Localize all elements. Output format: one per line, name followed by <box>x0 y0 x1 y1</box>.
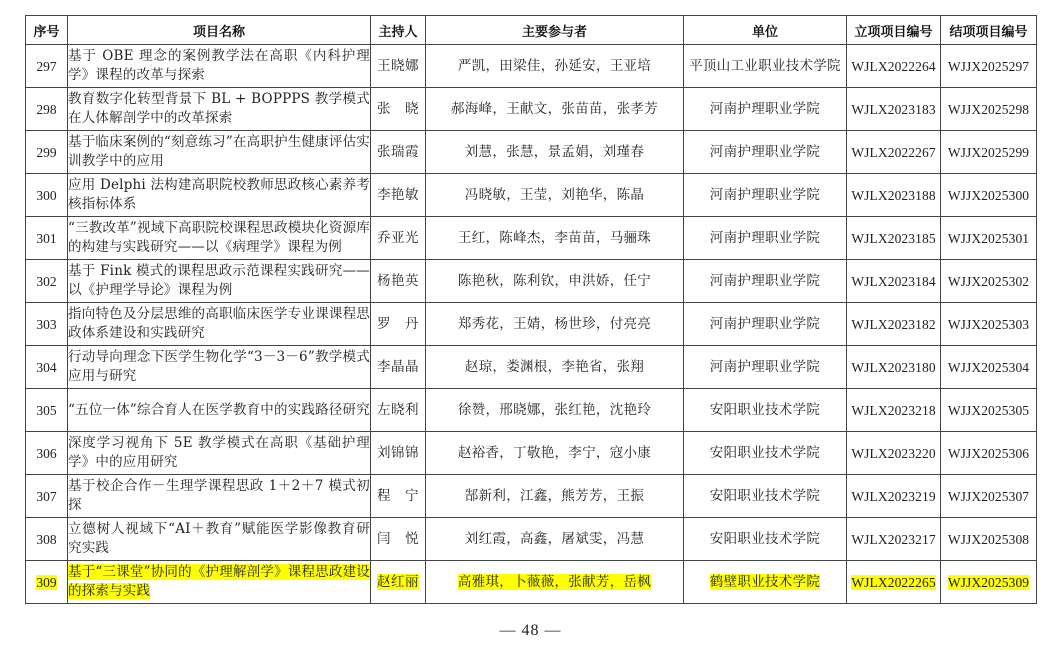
host-name: 闫 悦 <box>377 531 419 547</box>
cell-no: 304 <box>26 346 68 389</box>
cell-approval-code: WJLX2023182 <box>847 303 941 346</box>
member-names: 赵琼，娄渊根，李艳省，张翔 <box>465 359 644 375</box>
document-page: 序号 项目名称 主持人 主要参与者 单位 立项项目编号 结项项目编号 297 基… <box>0 0 1061 656</box>
page-number: — 48 — <box>0 622 1061 640</box>
cell-completion-code: WJJX2025307 <box>941 475 1037 518</box>
cell-approval-code: WJLX2023183 <box>847 88 941 131</box>
cell-host: 赵红丽 <box>371 561 426 604</box>
project-title: “五位一体”综合育人在医学教育中的实践路径研究 <box>68 402 370 418</box>
member-names: 刘红霞，高鑫，屠斌雯，冯慧 <box>465 531 644 547</box>
approval-code: WJLX2022267 <box>851 145 935 160</box>
cell-host: 李晶晶 <box>371 346 426 389</box>
approval-code: WJLX2023180 <box>851 360 935 375</box>
project-title: 指向特色及分层思维的高职临床医学专业课课程思政体系建设和实践研究 <box>68 306 370 341</box>
completion-code: WJJX2025306 <box>948 446 1029 461</box>
row-number: 302 <box>36 274 56 289</box>
table-row: 306 深度学习视角下 5E 教学模式在高职《基础护理学》中的应用研究 刘锦锦 … <box>26 432 1037 475</box>
header-host: 主持人 <box>371 16 426 45</box>
cell-title: 基于“三课堂”协同的《护理解剖学》课程思政建设的探索与实践 <box>68 561 371 604</box>
completion-code: WJJX2025299 <box>948 145 1029 160</box>
row-number: 300 <box>36 188 56 203</box>
cell-unit: 河南护理职业学院 <box>684 217 847 260</box>
cell-unit: 河南护理职业学院 <box>684 303 847 346</box>
cell-completion-code: WJJX2025301 <box>941 217 1037 260</box>
cell-unit: 河南护理职业学院 <box>684 346 847 389</box>
cell-no: 308 <box>26 518 68 561</box>
unit-name: 河南护理职业学院 <box>710 359 820 375</box>
cell-unit: 河南护理职业学院 <box>684 88 847 131</box>
member-names: 刘慧，张慧，景孟娟，刘瑾春 <box>465 144 644 160</box>
cell-completion-code: WJJX2025302 <box>941 260 1037 303</box>
cell-completion-code: WJJX2025303 <box>941 303 1037 346</box>
cell-no: 307 <box>26 475 68 518</box>
cell-unit: 安阳职业技术学院 <box>684 432 847 475</box>
unit-name: 河南护理职业学院 <box>710 273 820 289</box>
host-name: 李晶晶 <box>377 359 419 375</box>
cell-no: 303 <box>26 303 68 346</box>
approval-code: WJLX2023185 <box>851 231 935 246</box>
cell-members: 赵琼，娄渊根，李艳省，张翔 <box>426 346 684 389</box>
cell-host: 刘锦锦 <box>371 432 426 475</box>
cell-completion-code: WJJX2025300 <box>941 174 1037 217</box>
approval-code: WJLX2022264 <box>851 59 935 74</box>
member-names: 陈艳秋，陈利钦，申洪娇，任宁 <box>458 273 651 289</box>
cell-unit: 河南护理职业学院 <box>684 174 847 217</box>
cell-title: “五位一体”综合育人在医学教育中的实践路径研究 <box>68 389 371 432</box>
header-no: 序号 <box>26 16 68 45</box>
member-names: 冯晓敏，王莹，刘艳华，陈晶 <box>465 187 644 203</box>
member-names: 严凯，田梁佳，孙延安，王亚培 <box>458 58 651 74</box>
cell-title: 立德树人视域下“AI＋教育”赋能医学影像教育研究实践 <box>68 518 371 561</box>
host-name: 张 晓 <box>377 101 419 117</box>
cell-approval-code: WJLX2023188 <box>847 174 941 217</box>
cell-completion-code: WJJX2025305 <box>941 389 1037 432</box>
unit-name: 河南护理职业学院 <box>710 230 820 246</box>
table-row: 307 基于校企合作－生理学课程思政 1＋2＋7 模式初探 程 宁 郜新利，江鑫… <box>26 475 1037 518</box>
approval-code: WJLX2023183 <box>851 102 935 117</box>
unit-name: 平顶山工业职业技术学院 <box>689 58 841 74</box>
cell-no: 300 <box>26 174 68 217</box>
completion-code: WJJX2025303 <box>948 317 1029 332</box>
completion-code: WJJX2025309 <box>948 575 1029 590</box>
cell-title: 指向特色及分层思维的高职临床医学专业课课程思政体系建设和实践研究 <box>68 303 371 346</box>
cell-members: 郝海峰，王献文，张苗苗，张孝芳 <box>426 88 684 131</box>
host-name: 程 宁 <box>377 488 419 504</box>
cell-unit: 平顶山工业职业技术学院 <box>684 45 847 88</box>
unit-name: 安阳职业技术学院 <box>710 445 820 461</box>
cell-host: 张瑞霞 <box>371 131 426 174</box>
cell-members: 郑秀花，王婧，杨世珍，付亮亮 <box>426 303 684 346</box>
project-title: 基于临床案例的“刻意练习”在高职护生健康评估实训教学中的应用 <box>68 134 370 169</box>
cell-approval-code: WJLX2023217 <box>847 518 941 561</box>
completion-code: WJJX2025308 <box>948 532 1029 547</box>
unit-name: 鹤壁职业技术学院 <box>710 574 820 590</box>
cell-unit: 河南护理职业学院 <box>684 260 847 303</box>
approval-code: WJLX2022265 <box>851 575 935 590</box>
cell-completion-code: WJJX2025308 <box>941 518 1037 561</box>
table-row: 302 基于 Fink 模式的课程思政示范课程实践研究——以《护理学导论》课程为… <box>26 260 1037 303</box>
cell-approval-code: WJLX2023220 <box>847 432 941 475</box>
host-name: 罗 丹 <box>377 316 419 332</box>
row-number: 297 <box>36 59 56 74</box>
cell-title: 行动导向理念下医学生物化学“3－3－6”教学模式应用与研究 <box>68 346 371 389</box>
cell-approval-code: WJLX2023185 <box>847 217 941 260</box>
header-members: 主要参与者 <box>426 16 684 45</box>
project-title: 立德树人视域下“AI＋教育”赋能医学影像教育研究实践 <box>68 521 370 556</box>
project-title: 行动导向理念下医学生物化学“3－3－6”教学模式应用与研究 <box>68 349 370 384</box>
cell-host: 罗 丹 <box>371 303 426 346</box>
member-names: 徐赞，邢晓娜，张红艳，沈艳玲 <box>458 402 651 418</box>
project-title: 基于 Fink 模式的课程思政示范课程实践研究——以《护理学导论》课程为例 <box>68 263 370 298</box>
cell-completion-code: WJJX2025298 <box>941 88 1037 131</box>
cell-completion-code: WJJX2025299 <box>941 131 1037 174</box>
approval-code: WJLX2023184 <box>851 274 935 289</box>
cell-approval-code: WJLX2022264 <box>847 45 941 88</box>
cell-no: 299 <box>26 131 68 174</box>
completion-code: WJJX2025305 <box>948 403 1029 418</box>
cell-no: 301 <box>26 217 68 260</box>
cell-completion-code: WJJX2025304 <box>941 346 1037 389</box>
member-names: 赵裕香，丁敬艳，李宁，寇小康 <box>458 445 651 461</box>
cell-title: 基于 OBE 理念的案例教学法在高职《内科护理学》课程的改革与探索 <box>68 45 371 88</box>
cell-title: 教育数字化转型背景下 BL + BOPPPS 教学模式在人体解剖学中的改革探索 <box>68 88 371 131</box>
cell-title: 基于 Fink 模式的课程思政示范课程实践研究——以《护理学导论》课程为例 <box>68 260 371 303</box>
cell-approval-code: WJLX2023180 <box>847 346 941 389</box>
row-number: 309 <box>36 575 56 590</box>
approval-code: WJLX2023217 <box>851 532 935 547</box>
cell-completion-code: WJJX2025297 <box>941 45 1037 88</box>
cell-no: 297 <box>26 45 68 88</box>
unit-name: 河南护理职业学院 <box>710 101 820 117</box>
table-row: 303 指向特色及分层思维的高职临床医学专业课课程思政体系建设和实践研究 罗 丹… <box>26 303 1037 346</box>
host-name: 乔亚光 <box>377 230 419 246</box>
header-title: 项目名称 <box>68 16 371 45</box>
completion-code: WJJX2025300 <box>948 188 1029 203</box>
cell-members: 王红，陈峰杰，李苗苗，马骊珠 <box>426 217 684 260</box>
table-row: 309 基于“三课堂”协同的《护理解剖学》课程思政建设的探索与实践 赵红丽 高雅… <box>26 561 1037 604</box>
host-name: 刘锦锦 <box>377 445 419 461</box>
member-names: 王红，陈峰杰，李苗苗，马骊珠 <box>458 230 651 246</box>
project-title: 应用 Delphi 法构建高职院校教师思政核心素养考核指标体系 <box>68 177 370 212</box>
project-title: 基于 OBE 理念的案例教学法在高职《内科护理学》课程的改革与探索 <box>68 48 370 83</box>
cell-members: 严凯，田梁佳，孙延安，王亚培 <box>426 45 684 88</box>
table-row: 298 教育数字化转型背景下 BL + BOPPPS 教学模式在人体解剖学中的改… <box>26 88 1037 131</box>
completion-code: WJJX2025302 <box>948 274 1029 289</box>
table-row: 300 应用 Delphi 法构建高职院校教师思政核心素养考核指标体系 李艳敏 … <box>26 174 1037 217</box>
table-row: 304 行动导向理念下医学生物化学“3－3－6”教学模式应用与研究 李晶晶 赵琼… <box>26 346 1037 389</box>
cell-approval-code: WJLX2023184 <box>847 260 941 303</box>
row-number: 301 <box>36 231 56 246</box>
header-completion-code: 结项项目编号 <box>941 16 1037 45</box>
cell-members: 高雅琪，卜薇薇，张献芳，岳枫 <box>426 561 684 604</box>
completion-code: WJJX2025297 <box>948 59 1029 74</box>
cell-members: 冯晓敏，王莹，刘艳华，陈晶 <box>426 174 684 217</box>
host-name: 赵红丽 <box>377 574 419 590</box>
row-number: 307 <box>36 489 56 504</box>
cell-host: 杨艳英 <box>371 260 426 303</box>
completion-code: WJJX2025304 <box>948 360 1029 375</box>
project-title: 基于“三课堂”协同的《护理解剖学》课程思政建设的探索与实践 <box>68 564 370 599</box>
member-names: 郝海峰，王献文，张苗苗，张孝芳 <box>451 101 658 117</box>
member-names: 郑秀花，王婧，杨世珍，付亮亮 <box>458 316 651 332</box>
cell-no: 305 <box>26 389 68 432</box>
cell-title: “三教改革”视域下高职院校课程思政模块化资源库的构建与实践研究——以《病理学》课… <box>68 217 371 260</box>
cell-unit: 河南护理职业学院 <box>684 131 847 174</box>
cell-title: 基于校企合作－生理学课程思政 1＋2＋7 模式初探 <box>68 475 371 518</box>
cell-completion-code: WJJX2025309 <box>941 561 1037 604</box>
cell-members: 徐赞，邢晓娜，张红艳，沈艳玲 <box>426 389 684 432</box>
cell-approval-code: WJLX2022265 <box>847 561 941 604</box>
cell-host: 乔亚光 <box>371 217 426 260</box>
approval-code: WJLX2023220 <box>851 446 935 461</box>
row-number: 299 <box>36 145 56 160</box>
cell-approval-code: WJLX2022267 <box>847 131 941 174</box>
row-number: 308 <box>36 532 56 547</box>
project-title: 基于校企合作－生理学课程思政 1＋2＋7 模式初探 <box>68 478 370 513</box>
project-table: 序号 项目名称 主持人 主要参与者 单位 立项项目编号 结项项目编号 297 基… <box>25 15 1037 604</box>
unit-name: 安阳职业技术学院 <box>710 488 820 504</box>
cell-no: 306 <box>26 432 68 475</box>
cell-host: 李艳敏 <box>371 174 426 217</box>
cell-host: 张 晓 <box>371 88 426 131</box>
cell-members: 郜新利，江鑫，熊芳芳，王振 <box>426 475 684 518</box>
member-names: 郜新利，江鑫，熊芳芳，王振 <box>465 488 644 504</box>
row-number: 304 <box>36 360 56 375</box>
host-name: 李艳敏 <box>377 187 419 203</box>
table-row: 297 基于 OBE 理念的案例教学法在高职《内科护理学》课程的改革与探索 王晓… <box>26 45 1037 88</box>
cell-title: 深度学习视角下 5E 教学模式在高职《基础护理学》中的应用研究 <box>68 432 371 475</box>
cell-no: 302 <box>26 260 68 303</box>
unit-name: 河南护理职业学院 <box>710 316 820 332</box>
row-number: 298 <box>36 102 56 117</box>
host-name: 王晓娜 <box>377 58 419 74</box>
row-number: 305 <box>36 403 56 418</box>
cell-no: 309 <box>26 561 68 604</box>
approval-code: WJLX2023218 <box>851 403 935 418</box>
cell-approval-code: WJLX2023219 <box>847 475 941 518</box>
cell-members: 赵裕香，丁敬艳，李宁，寇小康 <box>426 432 684 475</box>
cell-members: 刘慧，张慧，景孟娟，刘瑾春 <box>426 131 684 174</box>
cell-unit: 鹤壁职业技术学院 <box>684 561 847 604</box>
member-names: 高雅琪，卜薇薇，张献芳，岳枫 <box>458 574 651 590</box>
cell-unit: 安阳职业技术学院 <box>684 518 847 561</box>
cell-no: 298 <box>26 88 68 131</box>
cell-host: 左晓利 <box>371 389 426 432</box>
host-name: 杨艳英 <box>377 273 419 289</box>
cell-members: 陈艳秋，陈利钦，申洪娇，任宁 <box>426 260 684 303</box>
completion-code: WJJX2025301 <box>948 231 1029 246</box>
table-row: 301 “三教改革”视域下高职院校课程思政模块化资源库的构建与实践研究——以《病… <box>26 217 1037 260</box>
unit-name: 安阳职业技术学院 <box>710 402 820 418</box>
cell-title: 应用 Delphi 法构建高职院校教师思政核心素养考核指标体系 <box>68 174 371 217</box>
cell-host: 闫 悦 <box>371 518 426 561</box>
cell-members: 刘红霞，高鑫，屠斌雯，冯慧 <box>426 518 684 561</box>
project-title: 深度学习视角下 5E 教学模式在高职《基础护理学》中的应用研究 <box>68 435 370 470</box>
approval-code: WJLX2023188 <box>851 188 935 203</box>
cell-host: 程 宁 <box>371 475 426 518</box>
cell-unit: 安阳职业技术学院 <box>684 389 847 432</box>
table-row: 305 “五位一体”综合育人在医学教育中的实践路径研究 左晓利 徐赞，邢晓娜，张… <box>26 389 1037 432</box>
cell-unit: 安阳职业技术学院 <box>684 475 847 518</box>
project-title: 教育数字化转型背景下 BL + BOPPPS 教学模式在人体解剖学中的改革探索 <box>68 91 370 126</box>
project-title: “三教改革”视域下高职院校课程思政模块化资源库的构建与实践研究——以《病理学》课… <box>68 220 370 255</box>
unit-name: 安阳职业技术学院 <box>710 531 820 547</box>
table-row: 299 基于临床案例的“刻意练习”在高职护生健康评估实训教学中的应用 张瑞霞 刘… <box>26 131 1037 174</box>
completion-code: WJJX2025307 <box>948 489 1029 504</box>
unit-name: 河南护理职业学院 <box>710 144 820 160</box>
header-unit: 单位 <box>684 16 847 45</box>
header-approval-code: 立项项目编号 <box>847 16 941 45</box>
unit-name: 河南护理职业学院 <box>710 187 820 203</box>
completion-code: WJJX2025298 <box>948 102 1029 117</box>
cell-title: 基于临床案例的“刻意练习”在高职护生健康评估实训教学中的应用 <box>68 131 371 174</box>
row-number: 303 <box>36 317 56 332</box>
row-number: 306 <box>36 446 56 461</box>
cell-completion-code: WJJX2025306 <box>941 432 1037 475</box>
approval-code: WJLX2023219 <box>851 489 935 504</box>
table-header-row: 序号 项目名称 主持人 主要参与者 单位 立项项目编号 结项项目编号 <box>26 16 1037 45</box>
host-name: 左晓利 <box>377 402 419 418</box>
cell-approval-code: WJLX2023218 <box>847 389 941 432</box>
table-row: 308 立德树人视域下“AI＋教育”赋能医学影像教育研究实践 闫 悦 刘红霞，高… <box>26 518 1037 561</box>
cell-host: 王晓娜 <box>371 45 426 88</box>
host-name: 张瑞霞 <box>377 144 419 160</box>
approval-code: WJLX2023182 <box>851 317 935 332</box>
